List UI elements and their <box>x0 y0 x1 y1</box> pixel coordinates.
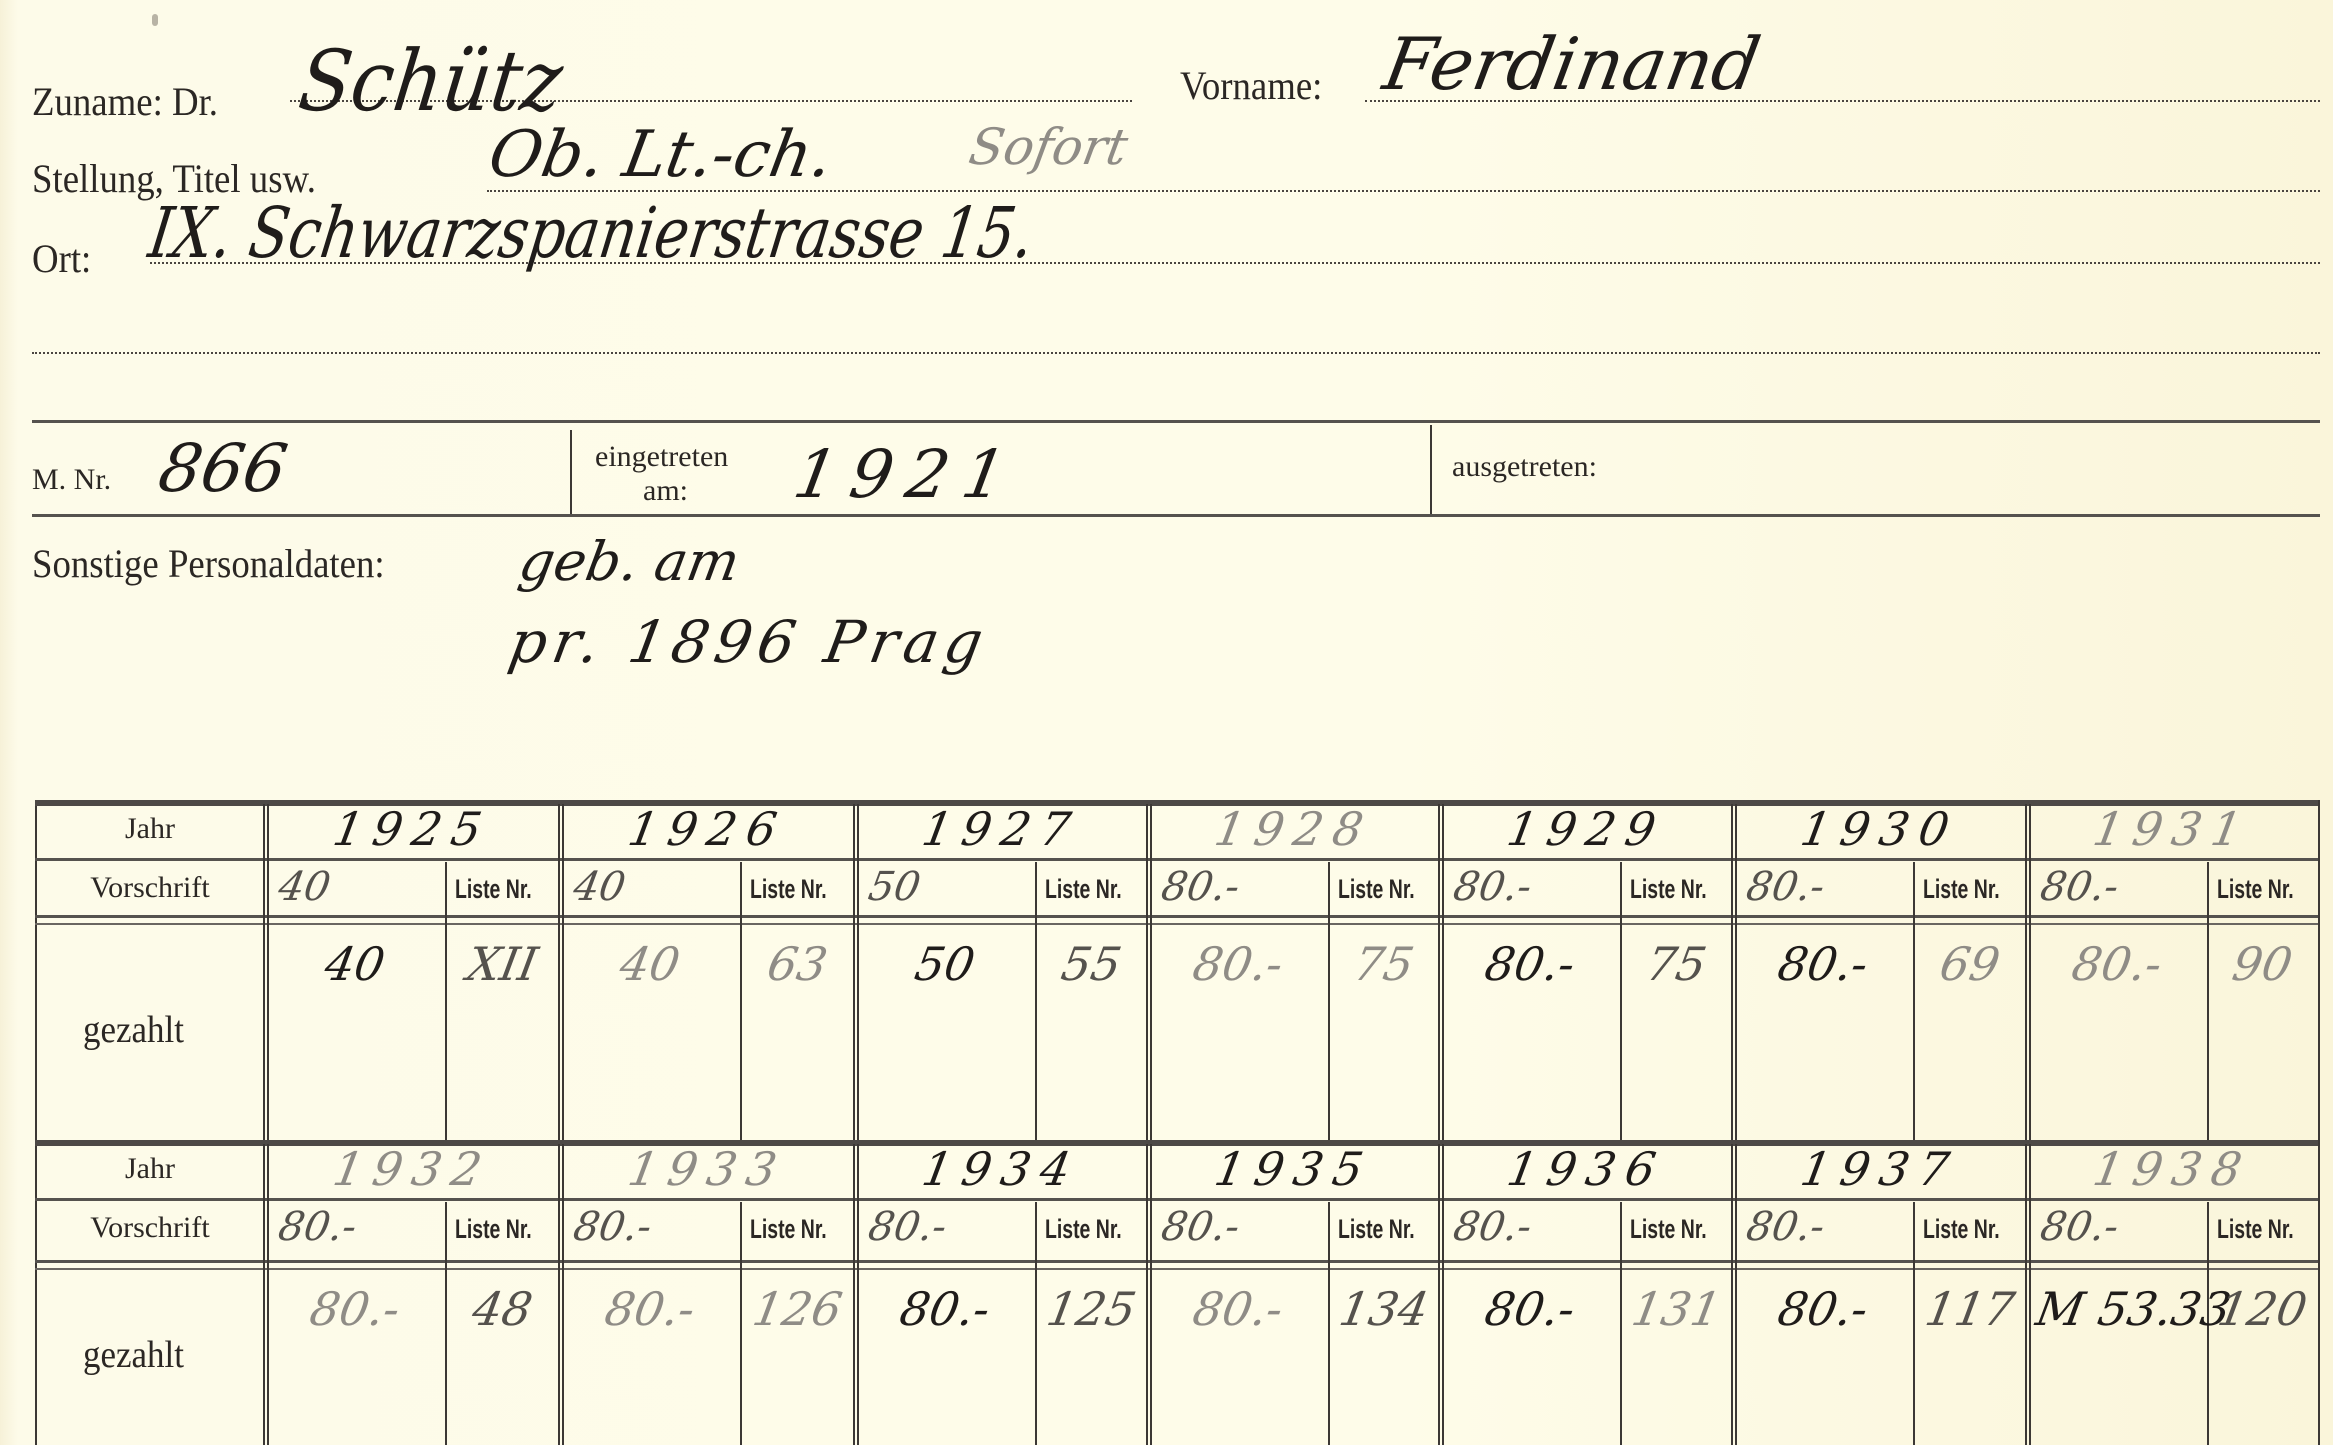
list-no-divider <box>740 862 742 1140</box>
paid-value: 80.- <box>1738 937 1908 991</box>
row-label-year: Jahr <box>35 1152 265 1186</box>
year-group-divider <box>1438 1144 1444 1445</box>
table-right-border <box>2318 800 2320 1445</box>
list-no-header: Liste Nr. <box>1923 874 2000 905</box>
list-no-divider <box>1035 1202 1037 1445</box>
year-group-divider <box>263 1144 269 1445</box>
list-no-header: Liste Nr. <box>455 874 532 905</box>
list-no-header: Liste Nr. <box>750 874 827 905</box>
paid-value: 80.- <box>860 1282 1030 1336</box>
year-group-divider <box>558 804 564 1140</box>
list-no-header: Liste Nr. <box>1630 1214 1707 1245</box>
prescribed-value: 80.- <box>1450 1204 1535 1250</box>
paid-value: 80.- <box>565 1282 735 1336</box>
list-no-header: Liste Nr. <box>1338 874 1415 905</box>
year-value: 1935 <box>1183 1142 1405 1196</box>
list-no-value: 75 <box>1329 937 1439 991</box>
list-no-header: Liste Nr. <box>455 1214 532 1245</box>
list-no-header: Liste Nr. <box>2217 1214 2294 1245</box>
year-group-divider <box>1731 1144 1737 1445</box>
dues-table: JahrVorschriftgezahlt192540Liste Nr.40XI… <box>0 0 2333 1445</box>
table-year-row-rule <box>35 1198 2318 1201</box>
list-no-value: 126 <box>741 1282 854 1336</box>
list-no-header: Liste Nr. <box>1923 1214 2000 1245</box>
list-no-divider <box>445 1202 447 1445</box>
list-no-divider <box>1035 862 1037 1140</box>
list-no-value: 75 <box>1621 937 1732 991</box>
list-no-header: Liste Nr. <box>750 1214 827 1245</box>
year-group-divider <box>853 1144 859 1445</box>
list-no-divider <box>1620 1202 1622 1445</box>
paid-value: 80.- <box>1445 1282 1615 1336</box>
year-value: 1938 <box>2062 1142 2283 1196</box>
paid-value: 40 <box>270 937 440 991</box>
row-label-prescribed: Vorschrift <box>35 1211 265 1245</box>
year-group-divider <box>263 804 269 1140</box>
list-no-divider <box>2207 862 2209 1140</box>
list-no-value: 134 <box>1329 1282 1439 1336</box>
list-no-header: Liste Nr. <box>2217 874 2294 905</box>
year-value: 1928 <box>1183 802 1405 856</box>
list-no-value: 48 <box>446 1282 559 1336</box>
list-no-divider <box>740 1202 742 1445</box>
year-group-divider <box>1146 804 1152 1140</box>
year-group-divider <box>558 1144 564 1445</box>
table-prescribed-row-rule <box>35 1260 2318 1263</box>
list-no-value: 63 <box>741 937 854 991</box>
year-value: 1929 <box>1475 802 1698 856</box>
paid-value: 80.- <box>2032 937 2202 991</box>
paid-value: 80.- <box>1153 937 1323 991</box>
year-value: 1926 <box>595 802 820 856</box>
year-value: 1934 <box>890 1142 1113 1196</box>
year-group-divider <box>2025 1144 2031 1445</box>
prescribed-value: 40 <box>275 864 334 910</box>
year-group-divider <box>1438 804 1444 1140</box>
year-group-divider <box>853 804 859 1140</box>
prescribed-value: 80.- <box>865 1204 950 1250</box>
table-prescribed-row-rule-2 <box>35 1268 2318 1270</box>
list-no-value: 125 <box>1036 1282 1147 1336</box>
list-no-header: Liste Nr. <box>1045 1214 1122 1245</box>
year-value: 1932 <box>300 1142 525 1196</box>
list-no-header: Liste Nr. <box>1630 874 1707 905</box>
year-group-divider <box>2025 804 2031 1140</box>
list-no-divider <box>1913 862 1915 1140</box>
list-no-header: Liste Nr. <box>1338 1214 1415 1245</box>
list-no-value: 117 <box>1914 1282 2026 1336</box>
row-label-paid: gezahlt <box>83 1008 184 1052</box>
list-no-divider <box>1620 862 1622 1140</box>
prescribed-value: 80.- <box>1743 864 1828 910</box>
year-group-divider <box>1731 804 1737 1140</box>
paid-value: M 53.33 <box>2032 1282 2202 1336</box>
year-value: 1930 <box>1768 802 1992 856</box>
list-no-header: Liste Nr. <box>1045 874 1122 905</box>
year-value: 1927 <box>890 802 1113 856</box>
year-value: 1936 <box>1475 1142 1698 1196</box>
prescribed-value: 80.- <box>1158 1204 1243 1250</box>
paid-value: 80.- <box>1445 937 1615 991</box>
list-no-divider <box>445 862 447 1140</box>
table-year-row-rule <box>35 858 2318 861</box>
paid-value: 80.- <box>270 1282 440 1336</box>
list-no-value: 120 <box>2208 1282 2317 1336</box>
prescribed-value: 40 <box>570 864 629 910</box>
list-no-divider <box>1328 1202 1330 1445</box>
prescribed-value: 80.- <box>2037 1204 2122 1250</box>
prescribed-value: 80.- <box>1450 864 1535 910</box>
paid-value: 40 <box>565 937 735 991</box>
prescribed-value: 80.- <box>570 1204 655 1250</box>
prescribed-value: 80.- <box>1158 864 1243 910</box>
prescribed-value: 80.- <box>275 1204 360 1250</box>
paid-value: 80.- <box>1153 1282 1323 1336</box>
year-value: 1933 <box>595 1142 820 1196</box>
year-value: 1931 <box>2062 802 2283 856</box>
list-no-value: 131 <box>1621 1282 1732 1336</box>
row-label-year: Jahr <box>35 812 265 846</box>
year-group-divider <box>1146 1144 1152 1445</box>
year-value: 1925 <box>300 802 525 856</box>
prescribed-value: 50 <box>865 864 924 910</box>
prescribed-value: 80.- <box>1743 1204 1828 1250</box>
list-no-value: 55 <box>1036 937 1147 991</box>
list-no-divider <box>1913 1202 1915 1445</box>
row-label-paid: gezahlt <box>83 1333 184 1377</box>
prescribed-value: 80.- <box>2037 864 2122 910</box>
list-no-value: 90 <box>2208 937 2317 991</box>
list-no-value: 69 <box>1914 937 2026 991</box>
paid-value: 50 <box>860 937 1030 991</box>
year-value: 1937 <box>1768 1142 1992 1196</box>
table-prescribed-row-rule <box>35 915 2318 918</box>
list-no-divider <box>1328 862 1330 1140</box>
list-no-value: XII <box>446 937 559 991</box>
paid-value: 80.- <box>1738 1282 1908 1336</box>
row-label-prescribed: Vorschrift <box>35 871 265 905</box>
table-prescribed-row-rule-2 <box>35 923 2318 925</box>
